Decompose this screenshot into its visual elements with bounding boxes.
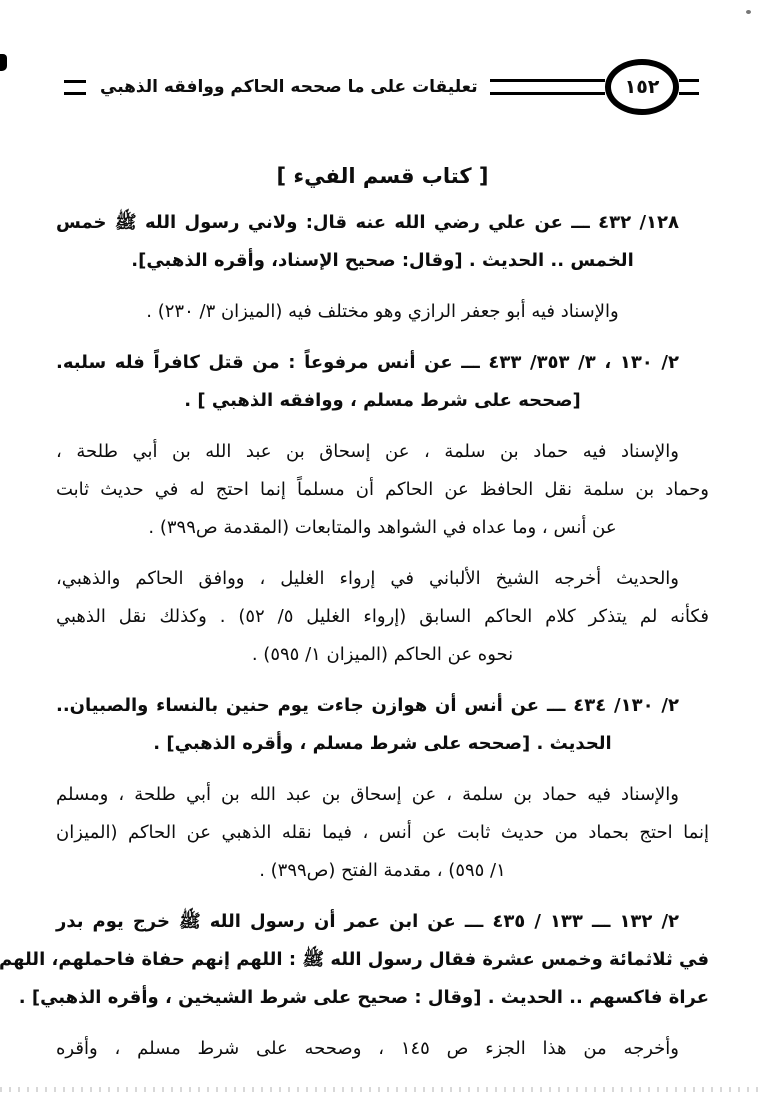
scan-edge-mark <box>0 54 7 71</box>
text-line: ٢/ ١٣٠ ، ٣/ ٣٥٣/ ٤٣٣ ـــ عن أنس مرفوعاً … <box>56 344 709 382</box>
text-line: فكأنه لم يتذكر كلام الحاكم السابق (إرواء… <box>56 598 709 636</box>
header-rule <box>490 79 605 95</box>
text-line: والإسناد فيه حماد بن سلمة ، عن إسحاق بن … <box>56 776 709 814</box>
scan-speck <box>746 10 751 14</box>
text-line: وأخرجه من هذا الجزء ص ١٤٥ ، وصححه على شر… <box>56 1030 709 1068</box>
commentary-paragraph: والإسناد فيه حماد بن سلمة ، عن إسحاق بن … <box>56 433 709 547</box>
commentary-paragraph: والإسناد فيه حماد بن سلمة ، عن إسحاق بن … <box>56 776 709 890</box>
text-line: في ثلاثمائة وخمس عشرة فقال رسول الله ﷺ :… <box>56 941 709 979</box>
text-line: والإسناد فيه أبو جعفر الرازي وهو مختلف ف… <box>56 293 709 331</box>
text-line: إنما احتج بحماد من حديث ثابت عن أنس ، في… <box>56 814 709 852</box>
book-page: تعليقات على ما صححه الحاكم ووافقه الذهبي… <box>0 0 765 1094</box>
text-line: [صححه على شرط مسلم ، ووافقه الذهبي ] . <box>56 382 709 420</box>
scan-bottom-artifact <box>0 1087 765 1092</box>
text-line: نحوه عن الحاكم (الميزان ١/ ٥٩٥) . <box>56 636 709 674</box>
book-title: تعليقات على ما صححه الحاكم ووافقه الذهبي <box>94 77 484 97</box>
text-line: والحديث أخرجه الشيخ الألباني في إرواء ال… <box>56 560 709 598</box>
text-line: ٢/ ١٣٢ ـــ ١٣٣ / ٤٣٥ ـــ عن ابن عمر أن ر… <box>56 903 709 941</box>
commentary-paragraph: والإسناد فيه أبو جعفر الرازي وهو مختلف ف… <box>56 293 709 331</box>
section-heading: [ كتاب قسم الفيء ] <box>0 164 765 188</box>
hadith-entry-433: ٢/ ١٣٠ ، ٣/ ٣٥٣/ ٤٣٣ ـــ عن أنس مرفوعاً … <box>56 344 709 420</box>
text-line: عراة فاكسهم .. الحديث . [وقال : صحيح على… <box>56 979 709 1017</box>
text-line: ١٢٨/ ٤٣٢ ـــ عن علي رضي الله عنه قال: ول… <box>56 204 709 242</box>
text-line: ٢/ ١٣٠/ ٤٣٤ ـــ عن أنس أن هوازن جاءت يوم… <box>56 687 709 725</box>
text-line: عن أنس ، وما عداه في الشواهد والمتابعات … <box>56 509 709 547</box>
hadith-entry-435: ٢/ ١٣٢ ـــ ١٣٣ / ٤٣٥ ـــ عن ابن عمر أن ر… <box>56 903 709 1017</box>
page-header: تعليقات على ما صححه الحاكم ووافقه الذهبي… <box>64 58 699 116</box>
page-number: ١٥٢ <box>625 76 660 98</box>
text-line: الحديث . [صححه على شرط مسلم ، وأقره الذه… <box>56 725 709 763</box>
hadith-entry-434: ٢/ ١٣٠/ ٤٣٤ ـــ عن أنس أن هوازن جاءت يوم… <box>56 687 709 763</box>
text-line: ١/ ٥٩٥) ، مقدمة الفتح (ص٣٩٩) . <box>56 852 709 890</box>
text-line: وحماد بن سلمة نقل الحافظ عن الحاكم أن مس… <box>56 471 709 509</box>
page-body: ١٢٨/ ٤٣٢ ـــ عن علي رضي الله عنه قال: ول… <box>56 204 709 1068</box>
commentary-paragraph: والحديث أخرجه الشيخ الألباني في إرواء ال… <box>56 560 709 674</box>
header-rule-stub <box>679 79 699 95</box>
text-line: الخمس .. الحديث . [وقال: صحيح الإسناد، و… <box>56 242 709 280</box>
hadith-entry-432: ١٢٨/ ٤٣٢ ـــ عن علي رضي الله عنه قال: ول… <box>56 204 709 280</box>
text-line: والإسناد فيه حماد بن سلمة ، عن إسحاق بن … <box>56 433 709 471</box>
commentary-paragraph: وأخرجه من هذا الجزء ص ١٤٥ ، وصححه على شر… <box>56 1030 709 1068</box>
page-number-badge: ١٥٢ <box>605 59 679 115</box>
header-left-bars <box>64 80 86 95</box>
